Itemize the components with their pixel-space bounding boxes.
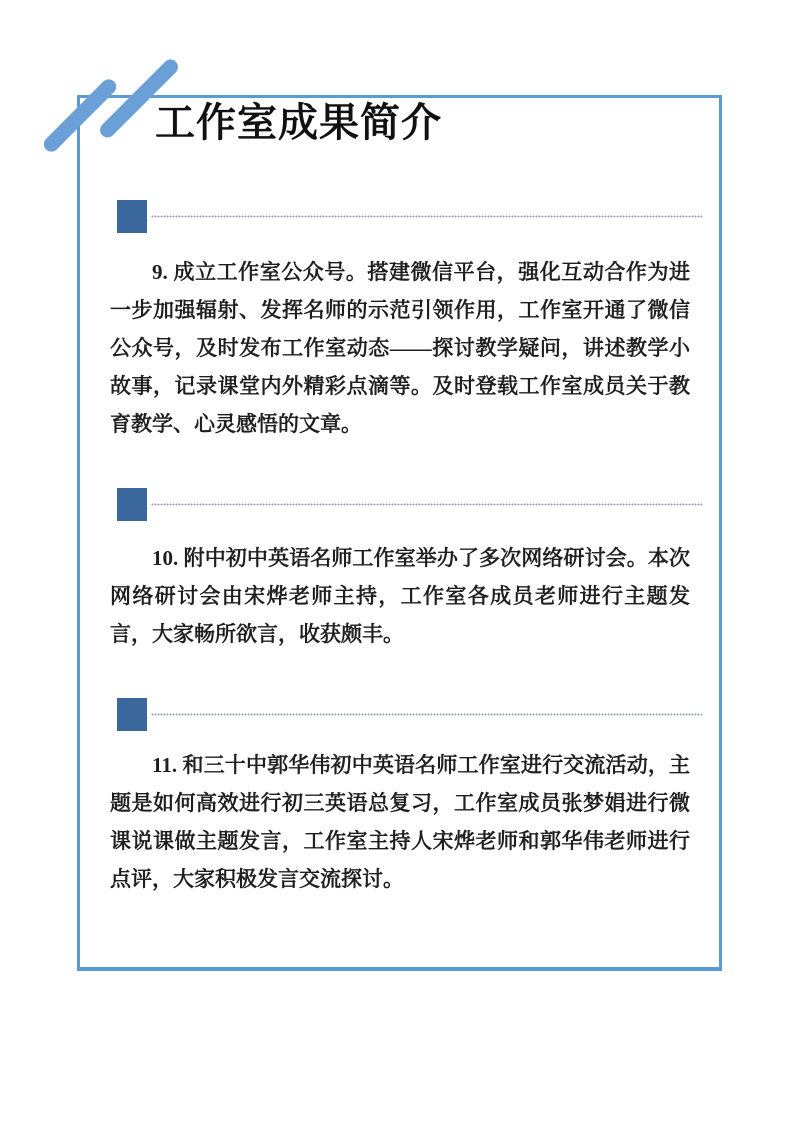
section-marker-square bbox=[117, 698, 147, 731]
section-divider bbox=[117, 488, 703, 521]
page-title: 工作室成果简介 bbox=[155, 101, 690, 145]
section-marker-square bbox=[117, 488, 147, 521]
dotted-rule bbox=[151, 713, 703, 716]
document-page: 工作室成果简介 9. 成立工作室公众号。搭建微信平台，强化互动合作为进一步加强辐… bbox=[0, 0, 799, 1130]
page-border-frame: 工作室成果简介 9. 成立工作室公众号。搭建微信平台，强化互动合作为进一步加强辐… bbox=[77, 95, 722, 971]
paragraph-10: 10. 附中初中英语名师工作室举办了多次网络研讨会。本次网络研讨会由宋烨老师主持… bbox=[110, 539, 690, 653]
dotted-rule bbox=[151, 215, 703, 218]
section-divider bbox=[117, 200, 703, 233]
section-marker-square bbox=[117, 200, 147, 233]
dotted-rule bbox=[151, 503, 703, 506]
paragraph-9: 9. 成立工作室公众号。搭建微信平台，强化互动合作为进一步加强辐射、发挥名师的示… bbox=[110, 253, 690, 443]
paragraph-11: 11. 和三十中郭华伟初中英语名师工作室进行交流活动，主题是如何高效进行初三英语… bbox=[110, 746, 690, 898]
section-divider bbox=[117, 698, 703, 731]
